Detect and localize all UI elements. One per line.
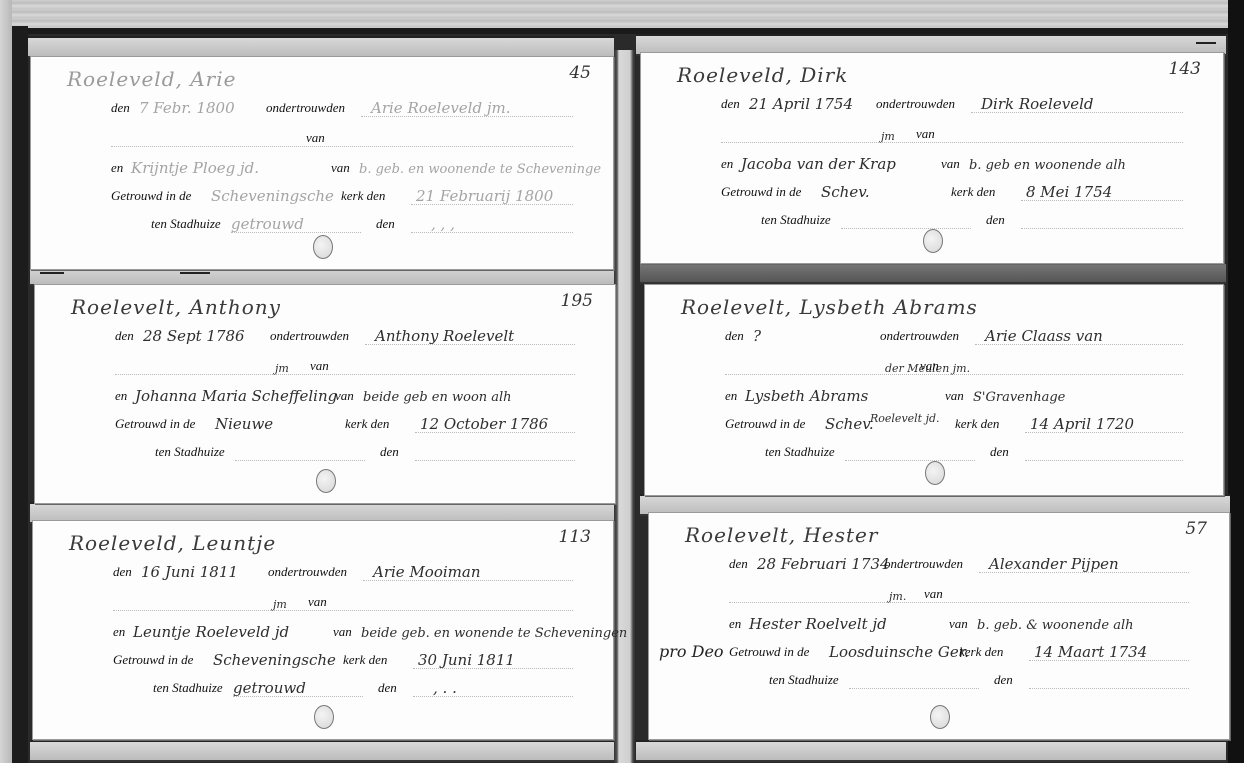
groom-suffix: jm. [889,590,906,603]
bride-name: Johanna Maria Scheffeling [135,387,337,405]
drawer-frame-right [1228,0,1244,763]
margin-note: pro Deo [659,642,724,661]
stadhuis-date: , . . [433,679,457,697]
card-header-name: Roelevelt, Anthony [71,295,281,319]
dotted-line [1021,200,1183,201]
card-header-name: Roeleveld, Leuntje [69,531,276,555]
card-separator-strip [28,36,614,58]
label-kerk-den: kerk den [955,416,999,432]
dotted-line [979,572,1189,573]
label-getrouwd: Getrouwd in de [729,644,809,660]
index-card[interactable]: 57Roelevelt, Hesterden28 Februari 1734on… [648,512,1230,740]
dotted-line [415,432,575,433]
ondertrouw-date: 28 Februari 1734 [757,555,890,573]
label-den: den [725,328,744,344]
ondertrouw-date: 7 Febr. 1800 [139,99,235,117]
stadhuis-note: getrouwd [231,215,304,233]
label-van: van [949,616,968,632]
bride-name: Leuntje Roeleveld jd [133,623,289,641]
marriage-date: 12 October 1786 [420,415,548,433]
dotted-line [113,610,573,611]
label-ondertrouwden: ondertrouwden [880,328,959,344]
label-getrouwd: Getrouwd in de [721,184,801,200]
row-getrouwd: Getrouwd in deScheveningschekerk den21 F… [31,183,613,207]
punch-hole [923,229,943,253]
punch-hole [930,705,950,729]
row-stadhuis: ten Stadhuizeden [641,207,1223,231]
dotted-line [413,668,573,669]
residence: S'Gravenhage [973,390,1065,405]
row-bride: enJacoba van der Krapvanb. geb en woonen… [641,151,1223,175]
label-den: den [111,100,130,116]
label-kerk-den: kerk den [345,416,389,432]
stadhuis-note: getrouwd [233,679,306,697]
dotted-line [363,580,573,581]
label-den: den [113,564,132,580]
ondertrouw-date: 21 April 1754 [749,95,853,113]
row-getrouwd: Getrouwd in deSchev.kerk den8 Mei 1754 [641,179,1223,203]
church-name: Loosduinsche Ger. [829,643,969,661]
label-en: en [725,388,737,404]
marriage-date: 21 Februarij 1800 [416,187,553,205]
label-den: den [115,328,134,344]
label-ten-stadhuize: ten Stadhuize [765,444,835,460]
index-card[interactable]: 195Roelevelt, Anthonyden28 Sept 1786onde… [34,284,616,504]
drawer-frame-shadow [12,26,28,763]
groom-name: Arie Mooiman [373,563,481,581]
label-kerk-den: kerk den [341,188,385,204]
label-den: den [990,444,1009,460]
row-stadhuis: ten Stadhuizegetrouwdden, , , [31,211,613,235]
drawer-frame-top [0,0,1244,34]
row-van: jmvan [35,353,615,377]
punch-hole [314,705,334,729]
residence: b. geb. en woonende te Scheveninge [359,162,601,177]
marriage-date: 14 Maart 1734 [1034,643,1147,661]
label-ten-stadhuize: ten Stadhuize [769,672,839,688]
row-bride: enLysbeth AbramsvanS'Gravenhage [645,383,1223,407]
card-number: 113 [559,527,591,547]
bride-name: Jacoba van der Krap [741,155,896,173]
row-stadhuis: ten Stadhuizeden [645,439,1223,463]
groom-name: Anthony Roelevelt [375,327,514,345]
dotted-line [1029,688,1189,689]
dotted-line [849,688,979,689]
label-kerk-den: kerk den [951,184,995,200]
row-ondertrouw: den21 April 1754ondertrouwdenDirk Roelev… [641,91,1223,115]
dotted-line [411,204,573,205]
label-getrouwd: Getrouwd in de [113,652,193,668]
label-van: van [333,624,352,640]
label-van: van [331,160,350,176]
groom-suffix: jm [881,130,895,143]
dotted-line [1025,432,1183,433]
label-en: en [729,616,741,632]
label-van: van [916,126,935,142]
row-stadhuis: ten Stadhuizeden [649,667,1229,691]
label-van: van [335,388,354,404]
row-bride: enJohanna Maria Scheffelingvanbeide geb … [35,383,615,407]
label-van: van [924,586,943,602]
card-header-name: Roelevelt, Lysbeth Abrams [681,295,978,319]
label-den: den [721,96,740,112]
card-number: 143 [1169,59,1201,79]
label-ten-stadhuize: ten Stadhuize [153,680,223,696]
church-name: Schev. [821,183,870,201]
row-stadhuis: ten Stadhuizegetrouwdden, . . [33,675,613,699]
church-name: Nieuwe [215,415,273,433]
dotted-line [729,602,1189,603]
label-van: van [306,130,325,146]
bride-name: Krijntje Ploeg jd. [131,159,259,177]
label-ondertrouwden: ondertrouwden [266,100,345,116]
dotted-line [361,116,573,117]
row-stadhuis: ten Stadhuizeden [35,439,615,463]
marriage-date: 8 Mei 1754 [1026,183,1112,201]
label-ondertrouwden: ondertrouwden [268,564,347,580]
label-ten-stadhuize: ten Stadhuize [761,212,831,228]
label-en: en [113,624,125,640]
church-name: Scheveningsche [213,651,336,669]
label-den: den [986,212,1005,228]
stadhuis-date: , , , [431,215,455,233]
card-separator-strip [640,262,1226,284]
label-en: en [721,156,733,172]
row-van: jmvan [33,589,613,613]
marriage-date: 30 Juni 1811 [418,651,515,669]
row-ondertrouw: den7 Febr. 1800ondertrouwdenArie Roeleve… [31,95,613,119]
row-bride: enLeuntje Roeleveld jdvanbeide geb. en w… [33,619,613,643]
row-van: jmvan [641,121,1223,145]
label-ondertrouwden: ondertrouwden [270,328,349,344]
row-ondertrouw: den28 Februari 1734ondertrouwdenAlexande… [649,551,1229,575]
card-header-name: Roeleveld, Arie [67,67,236,91]
row-ondertrouw: den16 Juni 1811ondertrouwdenArie Mooiman [33,559,613,583]
groom-name: Arie Claass van [985,327,1103,345]
label-den: den [729,556,748,572]
index-card[interactable]: 45Roeleveld, Arieden7 Febr. 1800ondertro… [30,56,614,270]
center-divider [614,50,636,763]
row-getrouwd: Getrouwd in deScheveningschekerk den30 J… [33,647,613,671]
row-ondertrouw: den?ondertrouwdenArie Claass van [645,323,1223,347]
row-bride: enHester Roelvelt jdvanb. geb. & woonend… [649,611,1229,635]
index-card[interactable]: 113Roeleveld, Leuntjeden16 Juni 1811onde… [32,520,614,740]
row-ondertrouw: den28 Sept 1786ondertrouwdenAnthony Roel… [35,323,615,347]
index-card[interactable]: 143Roeleveld, Dirkden21 April 1754ondert… [640,52,1224,264]
row-van: jm.van [649,581,1229,605]
label-getrouwd: Getrouwd in de [725,416,805,432]
dotted-line [975,344,1183,345]
ondertrouw-date: ? [753,327,761,345]
card-number: 45 [569,63,591,83]
dotted-line [845,460,975,461]
residence: b. geb. & woonende alh [977,618,1134,633]
dotted-line [721,142,1183,143]
row-getrouwd: Getrouwd in deNieuwekerk den12 October 1… [35,411,615,435]
label-den: den [994,672,1013,688]
row-getrouwd: Getrouwd in deSchev.Roelevelt jd.kerk de… [645,411,1223,435]
dotted-line [1029,660,1189,661]
dotted-line [235,460,365,461]
dotted-line [1025,460,1183,461]
groom-suffix: jm [273,598,287,611]
label-en: en [115,388,127,404]
label-kerk-den: kerk den [343,652,387,668]
groom-name: Dirk Roeleveld [981,95,1093,113]
drawer-frame-left [0,0,12,763]
church-note: Roelevelt jd. [870,412,940,425]
label-ten-stadhuize: ten Stadhuize [151,216,221,232]
dotted-line [115,374,575,375]
card-header-name: Roelevelt, Hester [685,523,878,547]
label-getrouwd: Getrouwd in de [115,416,195,432]
label-van: van [310,358,329,374]
label-ondertrouwden: ondertrouwden [884,556,963,572]
label-van: van [945,388,964,404]
row-van: van [31,125,613,149]
dotted-line [841,228,971,229]
label-en: en [111,160,123,176]
ondertrouw-date: 16 Juni 1811 [141,563,238,581]
label-den: den [380,444,399,460]
dotted-line [971,112,1183,113]
groom-name: Arie Roeleveld jm. [371,99,510,117]
label-getrouwd: Getrouwd in de [111,188,191,204]
marriage-date: 14 April 1720 [1030,415,1134,433]
groom-suffix: jm [275,362,289,375]
card-number: 57 [1185,519,1207,539]
dotted-line [111,146,573,147]
bride-name: Hester Roelvelt jd [749,615,887,633]
label-kerk-den: kerk den [959,644,1003,660]
label-ondertrouwden: ondertrouwden [876,96,955,112]
bride-name: Lysbeth Abrams [745,387,868,405]
label-van: van [308,594,327,610]
church-name: Schev. [825,415,874,433]
punch-hole [316,469,336,493]
label-van: van [941,156,960,172]
card-header-name: Roeleveld, Dirk [677,63,848,87]
label-ten-stadhuize: ten Stadhuize [155,444,225,460]
label-van: van [920,358,939,374]
residence: b. geb en woonende alh [969,158,1126,173]
dotted-line [415,460,575,461]
ondertrouw-date: 28 Sept 1786 [143,327,245,345]
punch-hole [925,461,945,485]
index-card[interactable]: Roelevelt, Lysbeth Abramsden?ondertrouwd… [644,284,1224,496]
church-name: Scheveningsche [211,187,334,205]
dotted-line [1021,228,1183,229]
residence: beide geb en woon alh [363,390,512,405]
row-bride: enKrijntje Ploeg jd.vanb. geb. en woonen… [31,155,613,179]
dotted-line [365,344,575,345]
groom-name: Alexander Pijpen [989,555,1119,573]
residence: beide geb. en wonende te Scheveningen [361,626,627,641]
row-van: der Meulen jm.van [645,353,1223,377]
card-number: 195 [561,291,593,311]
label-den: den [378,680,397,696]
row-getrouwd: pro DeoGetrouwd in deLoosduinsche Ger.ke… [649,639,1229,663]
label-den: den [376,216,395,232]
punch-hole [313,235,333,259]
